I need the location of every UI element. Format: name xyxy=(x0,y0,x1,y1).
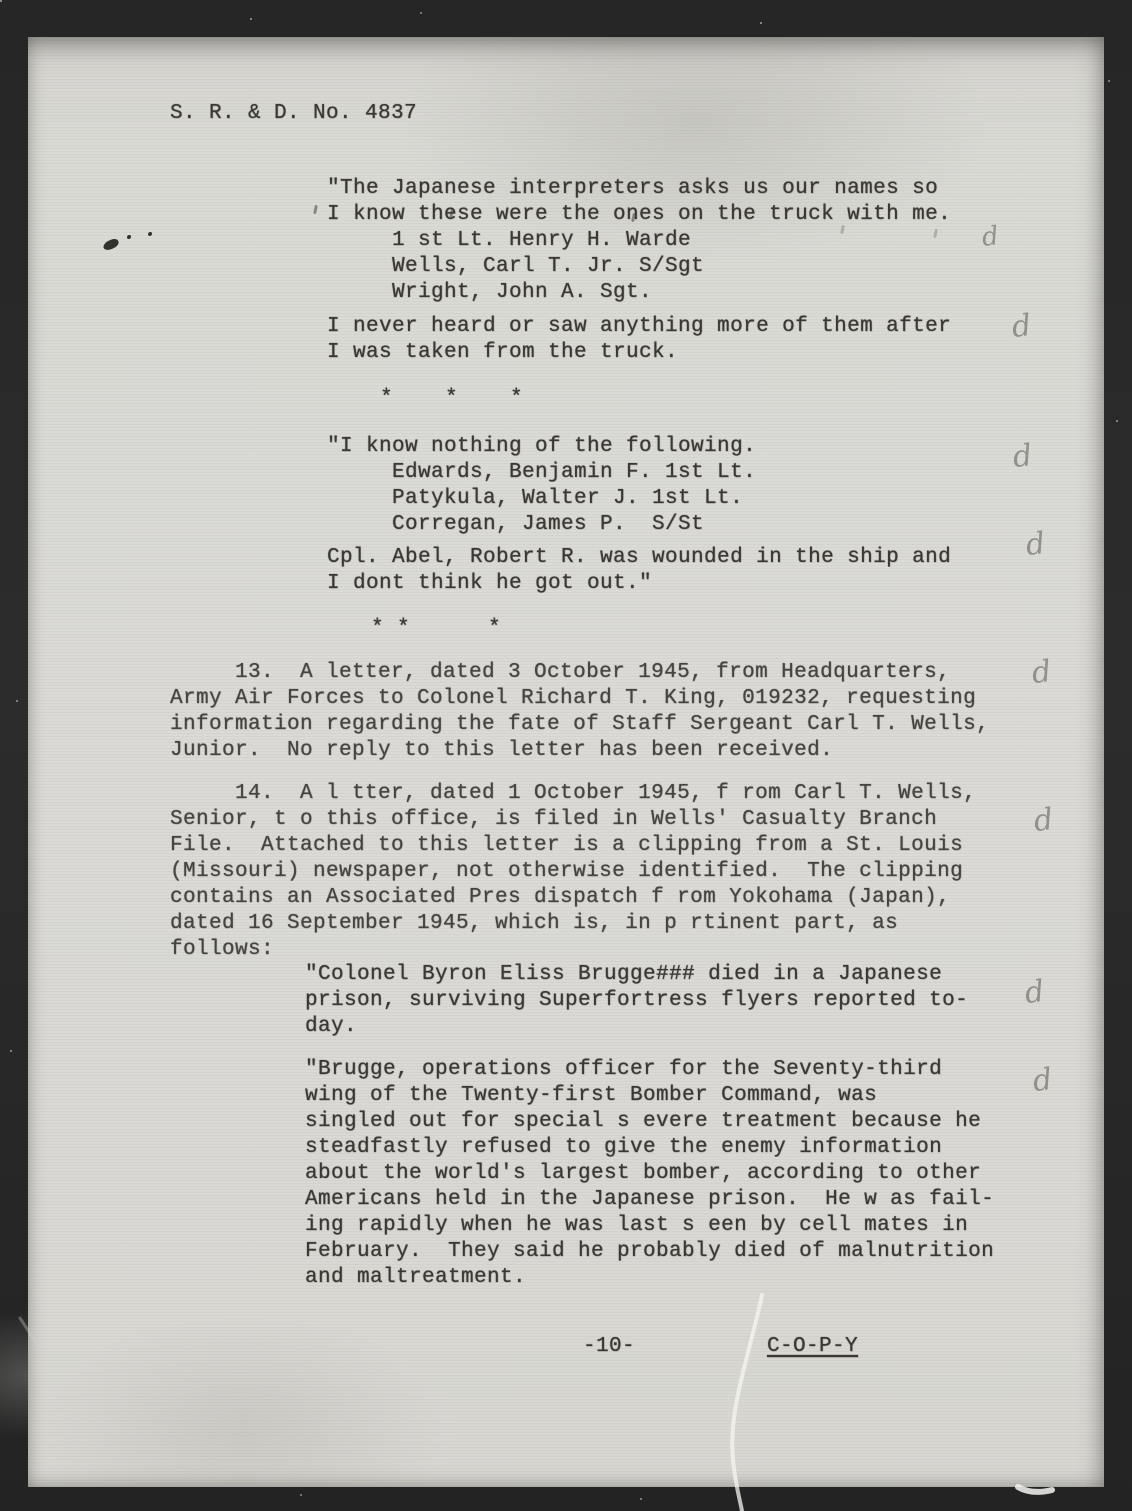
quote-brugge-detail-block: "Brugge, operations officer for the Seve… xyxy=(305,1057,994,1291)
film-speckles xyxy=(0,0,2,2)
pencil-annotation: d xyxy=(1010,311,1033,343)
pencil-annotation: d xyxy=(1030,657,1053,689)
scanned-document-page: S. R. & D. No. 4837 "The Japanese interp… xyxy=(0,0,1132,1511)
stray-mark xyxy=(313,205,318,214)
copy-stamp: C-O-P-Y xyxy=(767,1334,858,1360)
asterisk-separator-1: * * * xyxy=(380,386,523,412)
pencil-annotation: d xyxy=(1031,1065,1054,1097)
paragraph-13: 13. A letter, dated 3 October 1945, from… xyxy=(170,660,989,764)
pencil-annotation: d xyxy=(980,221,1000,253)
pencil-annotation: d xyxy=(1024,529,1047,561)
pencil-annotation: d xyxy=(1032,805,1055,837)
ink-dot xyxy=(127,235,131,239)
quote-abel-block: Cpl. Abel, Robert R. was wounded in the … xyxy=(327,545,951,597)
paragraph-14: 14. A l tter, dated 1 October 1945, f ro… xyxy=(170,781,976,963)
quote-truck-block: "The Japanese interpreters asks us our n… xyxy=(327,176,951,306)
quote-never-heard-block: I never heard or saw anything more of th… xyxy=(327,314,951,366)
pencil-annotation: d xyxy=(1023,977,1046,1009)
quote-brugge-died-block: "Colonel Byron Eliss Brugge### died in a… xyxy=(305,962,968,1040)
asterisk-separator-2: * * * xyxy=(371,616,501,642)
reference-number: S. R. & D. No. 4837 xyxy=(170,101,417,127)
pencil-annotation: d xyxy=(1011,441,1034,473)
quote-know-nothing-block: "I know nothing of the following. Edward… xyxy=(327,434,756,538)
page-number: -10- xyxy=(583,1334,635,1360)
ink-blot xyxy=(102,238,120,252)
ink-dot xyxy=(148,232,152,236)
